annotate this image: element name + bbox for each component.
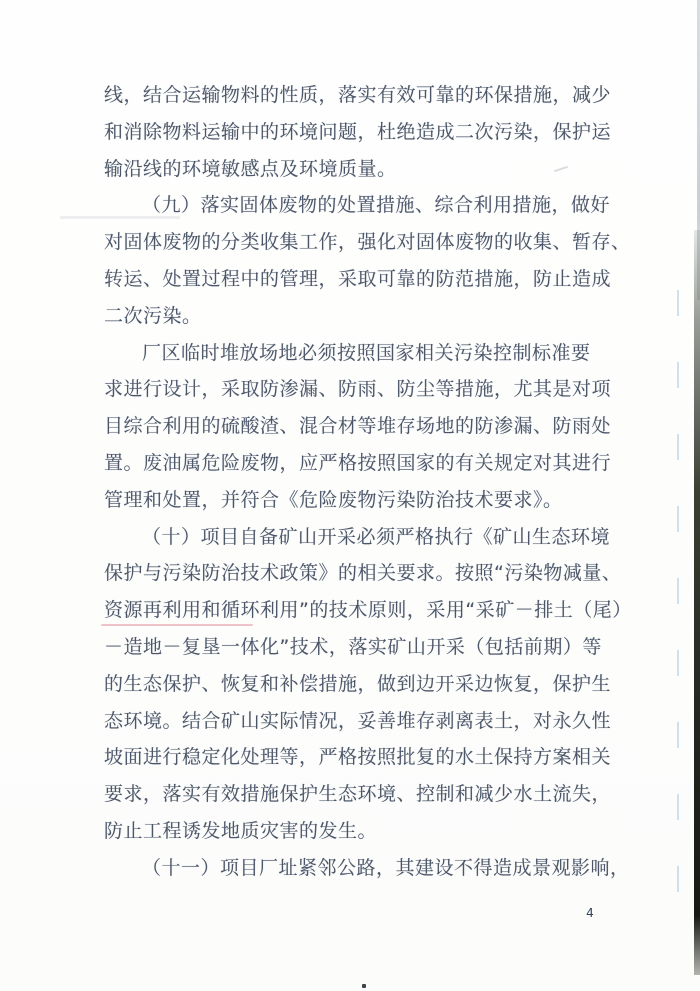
text-line: 输沿线的环境敏感点及环境质量。 — [104, 151, 606, 188]
scan-pink-underline-mark — [101, 624, 253, 626]
text-line: －造地－复垦一体化”技术，落实矿山开采（包括前期）等 — [104, 629, 606, 666]
scan-edge-shadow — [694, 230, 700, 975]
text-line: 管理和处置，并符合《危险废物污染防治技术要求》。 — [104, 482, 606, 519]
document-text-block: 线，结合运输物料的性质，落实有效可靠的环保措施，减少 和消除物料运输中的环境问题… — [104, 77, 606, 887]
text-line: 置。废油属危险废物，应严格按照国家的有关规定对其进行 — [104, 445, 606, 482]
text-line: 对固体废物的分类收集工作，强化对固体废物的收集、暂存、 — [104, 224, 606, 261]
text-line: 态环境。结合矿山实际情况，妥善堆存剥离表土，对永久性 — [104, 703, 606, 740]
scan-dashed-line — [677, 290, 679, 910]
text-line: 求进行设计，采取防渗漏、防雨、防尘等措施，尤其是对项 — [104, 371, 606, 408]
text-line: 转运、处置过程中的管理，采取可靠的防范措施，防止造成 — [104, 261, 606, 298]
scan-speck — [362, 984, 366, 988]
text-line: （十一）项目厂址紧邻公路，其建设不得造成景观影响， — [104, 850, 606, 887]
text-line: 坡面进行稳定化处理等，严格按照批复的水土保持方案相关 — [104, 739, 606, 776]
text-line: 要求，落实有效措施保护生态环境、控制和减少水土流失， — [104, 776, 606, 813]
scanned-document-page: 线，结合运输物料的性质，落实有效可靠的环保措施，减少 和消除物料运输中的环境问题… — [0, 0, 700, 991]
text-line: 目综合利用的硫酸渣、混合材等堆存场地的防渗漏、防雨处 — [104, 408, 606, 445]
text-line: 防止工程诱发地质灾害的发生。 — [104, 813, 606, 850]
text-line: 二次污染。 — [104, 298, 606, 335]
text-line: 保护与污染防治技术政策》的相关要求。按照“污染物减量、 — [104, 555, 606, 592]
text-line: 厂区临时堆放场地必须按照国家相关污染控制标准要 — [104, 335, 606, 372]
page-number: 4 — [580, 906, 600, 920]
text-line: 的生态保护、恢复和补偿措施，做到边开采边恢复，保护生 — [104, 666, 606, 703]
scan-streak — [60, 216, 180, 219]
text-line: 线，结合运输物料的性质，落实有效可靠的环保措施，减少 — [104, 77, 606, 114]
text-line: 和消除物料运输中的环境问题，杜绝造成二次污染，保护运 — [104, 114, 606, 151]
text-line: （十）项目自备矿山开采必须严格执行《矿山生态环境 — [104, 519, 606, 556]
